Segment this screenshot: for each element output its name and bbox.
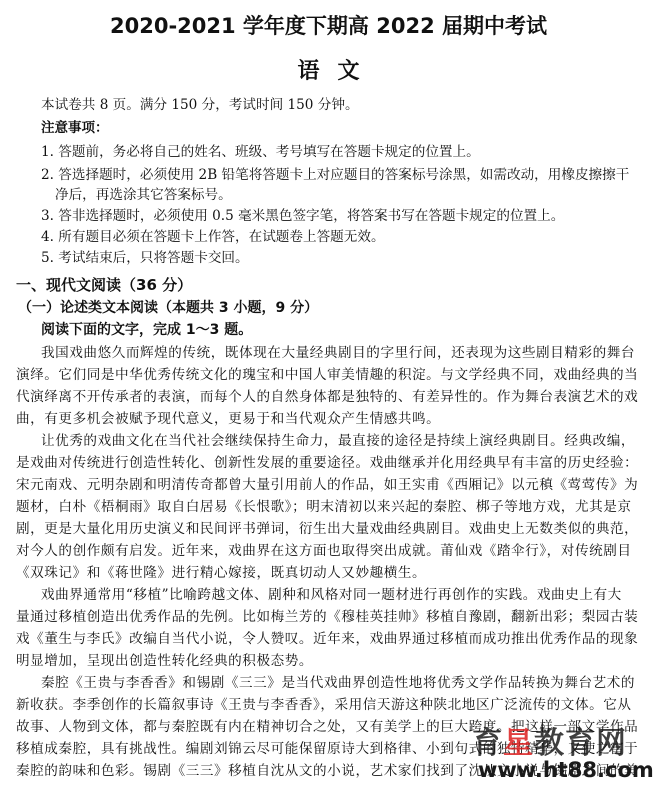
passage-line: 曲，有更多机会被赋予现代意义，更易于和当代观众产生情感共鸣。: [16, 413, 440, 427]
passage-line: 戏《董生与李氏》改编自当代小说，令人赞叹。近年来，戏曲界通过移植而成功推出优秀作…: [16, 633, 638, 647]
passage-line: 故事、人物到文体，都与秦腔既有内在精神切合之处，又有美学上的巨大跨度。把这样一部…: [16, 721, 638, 735]
passage-line: 是戏曲对传统进行创造性转化、创新性发展的重要途径。戏曲继承并化用经典早有丰富的历…: [16, 457, 638, 471]
notes-heading: 注意事项：: [41, 122, 109, 136]
passage-line: 移植成秦腔，具有挑战性。编剧刘锦云尽可能保留原诗大到格律、小到句式的独特精华，又…: [16, 743, 638, 757]
passage-line: 让优秀的戏曲文化在当代社会继续保持生命力，最直接的途径是持续上演经典剧目。经典改…: [41, 435, 635, 449]
passage-line: 宋元南戏、元明杂剧和明清传奇都曾大量引用前人的作品，如王实甫《西厢记》以元稹《莺…: [16, 479, 638, 493]
passage-line: 题材，白朴《梧桐雨》取自白居易《长恨歌》；明末清初以来兴起的秦腔、梆子等地方戏，…: [16, 501, 632, 515]
passage-line: 演绎。它们同是中华优秀传统文化的瑰宝和中国人审美情趣的积淀。与文学经典不同，戏曲…: [16, 369, 638, 383]
passage-line: 我国戏曲悠久而辉煌的传统，既体现在大量经典剧目的字里行间，还表现为这些剧目精彩的…: [41, 347, 635, 361]
passage-line: 量通过移植创造出优秀作品的先例。比如梅兰芳的《穆桂英挂帅》移植自豫剧，翻新出彩；…: [16, 611, 638, 625]
passage-line: 戏曲界通常用“移植”比喻跨越文体、剧种和风格对同一题材进行再创作的实践。戏曲史上…: [41, 589, 622, 603]
passage-line: 剧，更是大量化用历史演义和民间评书弹词，衍生出大量戏曲经典剧目。戏曲史上无数类似…: [16, 523, 638, 537]
passage-line: 秦腔《王贵与李香香》和锡剧《三三》是当代戏曲界创造性地将优秀文学作品转换为舞台艺…: [41, 677, 635, 691]
subsection-title: （一）论述类文本阅读（本题共 3 小题，9 分）: [18, 301, 318, 315]
exam-info: 本试卷共 8 页。满分 150 分，考试时间 150 分钟。: [41, 99, 359, 113]
passage-line: 秦腔的韵味和色彩。锡剧《三三》移植自沈从文的小说，艺术家们找到了沈从文小说与锡剧…: [16, 765, 638, 779]
exam-title: 2020-2021 学年度下期高 2022 届期中考试: [0, 10, 657, 40]
passage-line: 代演绎离不开传承者的表演，而每个人的自然身体都是独特的、有差异性的。作为舞台表演…: [16, 391, 638, 405]
reading-instruction: 阅读下面的文字，完成 1～3 题。: [41, 323, 252, 337]
subject-title: 语文: [0, 54, 657, 85]
passage-line: 明显增加，呈现出创造性转化经典的积极态势。: [16, 655, 313, 669]
passage-line: 对今人的创作颇有启发。近年来，戏曲界在这方面也取得突出成就。莆仙戏《踏伞行》，对…: [16, 545, 632, 559]
note-item-continued: 净后，再选涂其它答案标号。: [55, 189, 232, 203]
passage-line: 新收获。李季创作的长篇叙事诗《王贵与李香香》，采用信天游这种陕北地区广泛流传的文…: [16, 699, 632, 713]
note-item: 1. 答题前，务必将自己的姓名、班级、考号填写在答题卡规定的位置上。: [41, 146, 480, 160]
note-item: 4. 所有题目必须在答题卡上作答，在试题卷上答题无效。: [41, 231, 385, 245]
section-title: 一、现代文阅读（36 分）: [16, 278, 192, 293]
note-item: 5. 考试结束后，只将答题卡交回。: [41, 252, 249, 266]
passage-line: 《双珠记》和《蒋世隆》进行精心嫁接，既真切动人又妙趣横生。: [16, 567, 426, 581]
note-item: 2. 答选择题时，必须使用 2B 铅笔将答题卡上对应题目的答案标号涂黑，如需改动…: [41, 169, 629, 183]
note-item: 3. 答非选择题时，必须使用 0.5 毫米黑色签字笔，将答案书写在答题卡规定的位…: [41, 210, 564, 224]
